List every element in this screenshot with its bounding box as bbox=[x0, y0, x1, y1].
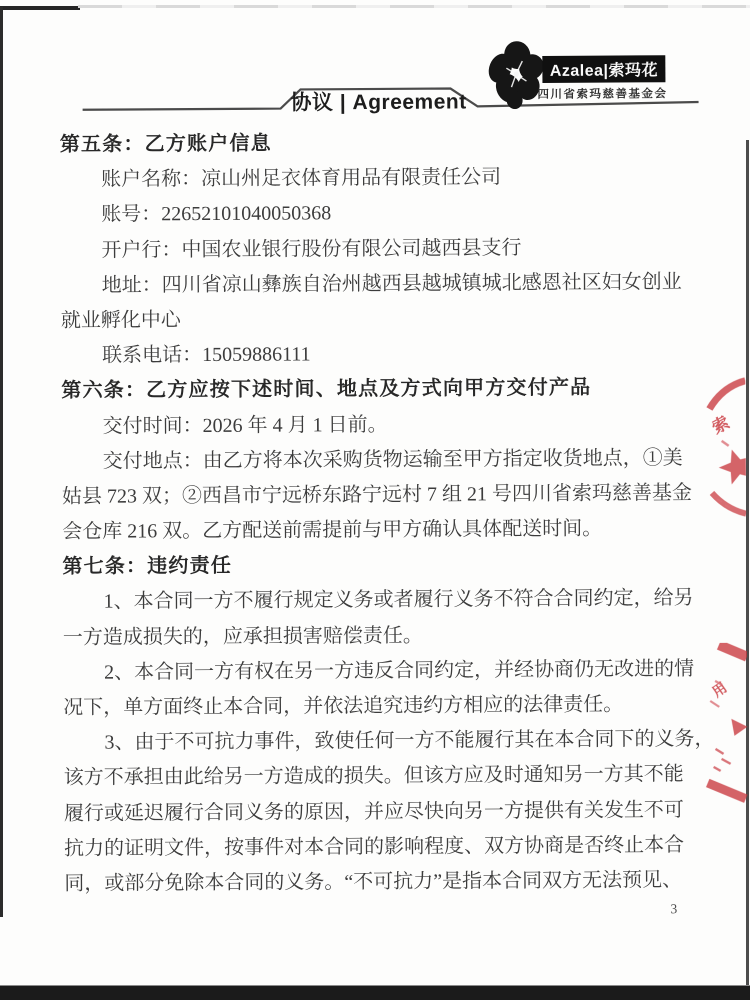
document-line: 地址：四川省凉山彝族自治州越西县越城镇城北感恩社区妇女创业 bbox=[61, 265, 697, 304]
scanned-document-page: 协议 | Agreement Azalea|索玛花 四川省索玛慈善基金会 第五条… bbox=[0, 0, 750, 1000]
page-title: 协议 | Agreement bbox=[283, 85, 473, 112]
document-line: 交付地点：由乙方将本次采购货物运输至甲方指定收货地点，①美 bbox=[62, 441, 698, 480]
seal-character: 索 bbox=[709, 413, 733, 438]
document-line: 姑县 723 双；②西昌市宁远桥东路宁远村 7 组 21 号四川省索玛慈善基金 bbox=[62, 476, 698, 515]
document-line: 1、本合同一方不履行规定义务或者履行义务不符合合同约定，给另 bbox=[63, 581, 699, 620]
red-seal-upper-fragment: 索 bbox=[702, 377, 746, 523]
document-line: 第五条：乙方账户信息 bbox=[60, 124, 696, 163]
document-line: 3、由于不可抗力事件，致使任何一方不能履行其在本合同下的义务， bbox=[63, 722, 699, 761]
document-line: 交付时间：2026 年 4 月 1 日前。 bbox=[61, 406, 697, 445]
document-content: 协议 | Agreement Azalea|索玛花 四川省索玛慈善基金会 第五条… bbox=[0, 0, 750, 1000]
logo-brand-banner: Azalea|索玛花 bbox=[542, 55, 665, 83]
logo-org-name: 四川省索玛慈善基金会 bbox=[536, 85, 668, 102]
document-line: 抗力的证明文件，按事件对本合同的影响程度、双方协商是否终止本合 bbox=[64, 828, 700, 867]
document-line: 履行或延迟履行合同义务的原因，并应尽快向另一方提供有关发生不可 bbox=[64, 793, 700, 832]
document-line: 联系电话：15059886111 bbox=[61, 335, 697, 374]
document-line: 会仓库 216 双。乙方配送前需提前与甲方确认具体配送时间。 bbox=[62, 511, 698, 550]
document-line: 该方不承担由此给另一方造成的损失。但该方应及时通知另一方其不能 bbox=[64, 757, 700, 796]
document-line: 同，或部分免除本合同的义务。“不可抗力”是指本合同双方无法预见、 bbox=[64, 863, 700, 902]
document-line: 一方造成损失的，应承担损害赔偿责任。 bbox=[63, 617, 699, 656]
document-body: 第五条：乙方账户信息账户名称：凉山州足衣体育用品有限责任公司账号：2265210… bbox=[60, 124, 701, 902]
page-number: 3 bbox=[670, 901, 677, 917]
document-line: 账号：22652101040050368 bbox=[60, 194, 696, 233]
document-line: 就业孵化中心 bbox=[61, 300, 697, 339]
document-line: 况下，单方面终止本合同，并依法追究违约方相应的法律责任。 bbox=[63, 687, 699, 726]
document-line: 第七条：违约责任 bbox=[62, 546, 698, 585]
document-line: 2、本合同一方有权在另一方违反合同约定，并经协商仍无改进的情 bbox=[63, 652, 699, 691]
document-line: 开户行：中国农业银行股份有限公司越西县支行 bbox=[60, 230, 696, 269]
red-seal-lower-fragment: 用 bbox=[705, 643, 748, 805]
document-line: 账户名称：凉山州足衣体育用品有限责任公司 bbox=[60, 159, 696, 198]
document-line: 第六条：乙方应按下述时间、地点及方式向甲方交付产品 bbox=[61, 370, 697, 409]
